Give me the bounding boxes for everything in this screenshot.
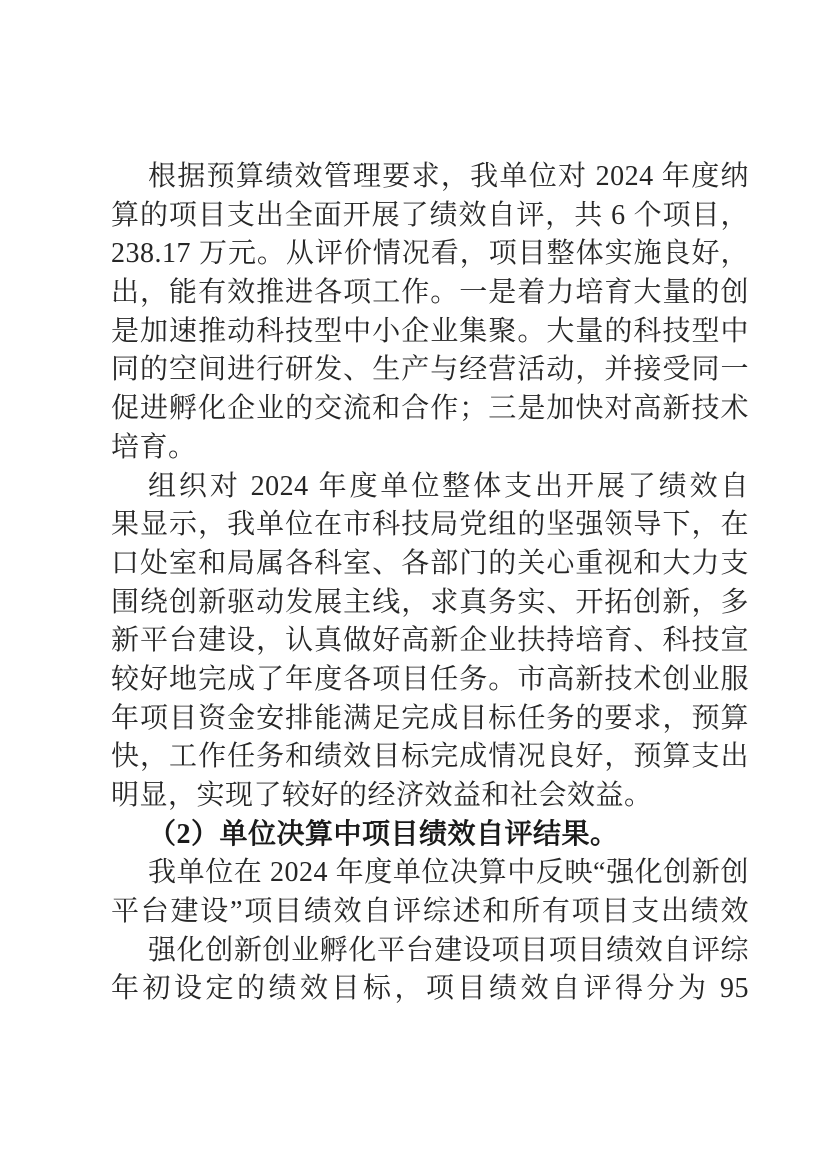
section-heading: （2）单位决算中项目绩效自评结果。 [111, 816, 749, 855]
document-body: 根据预算绩效管理要求，我单位对 2024 年度纳入单位预算的项目支出全面开展了绩… [111, 158, 749, 1009]
text-line: 组织对 2024 年度单位整体支出开展了绩效自评。评价结 [111, 468, 749, 507]
text-line: 年项目资金安排能满足完成目标任务的要求，预算执行进度较 [111, 700, 749, 739]
text-line: 年初设定的绩效目标，项目绩效自评得分为 95 分。全年预算 [111, 970, 749, 1009]
text-line: 我单位在 2024 年度单位决算中反映“强化创新创业孵化 [111, 854, 749, 893]
paragraph: 我单位在 2024 年度单位决算中反映“强化创新创业孵化平台建设”项目绩效自评综… [111, 854, 749, 931]
text-line: 较好地完成了年度各项目任务。市高新技术创业服务中心 2024 [111, 661, 749, 700]
document-page: 根据预算绩效管理要求，我单位对 2024 年度纳入单位预算的项目支出全面开展了绩… [0, 0, 826, 1169]
text-line: 强化创新创业孵化平台建设项目项目绩效自评综述：根据 [111, 932, 749, 971]
text-line: 围绕创新驱动发展主线，求真务实、开拓创新，多渠道拓展创 [111, 584, 749, 623]
text-line: 口处室和局属各科室、各部门的关心重视和大力支持下，扎实 [111, 545, 749, 584]
text-line: 平台建设”项目绩效自评综述和所有项目支出绩效自评表。 [111, 893, 749, 932]
paragraph: 强化创新创业孵化平台建设项目项目绩效自评综述：根据年初设定的绩效目标，项目绩效自… [111, 932, 749, 1009]
text-line: 根据预算绩效管理要求，我单位对 2024 年度纳入单位预 [111, 158, 749, 197]
text-line: 是加速推动科技型中小企业集聚。大量的科技型中小企业在共 [111, 313, 749, 352]
text-line: 促进孵化企业的交流和合作；三是加快对高新技术企业的定向 [111, 390, 749, 429]
text-line: 238.17 万元。从评价情况看，项目整体实施良好，绩效完成突 [111, 235, 749, 274]
text-line: 培育。 [111, 429, 749, 468]
text-line: 明显，实现了较好的经济效益和社会效益。 [111, 777, 749, 816]
paragraph: 根据预算绩效管理要求，我单位对 2024 年度纳入单位预算的项目支出全面开展了绩… [111, 158, 749, 468]
paragraph: 组织对 2024 年度单位整体支出开展了绩效自评。评价结果显示，我单位在市科技局… [111, 468, 749, 816]
text-line: 出，能有效推进各项工作。一是着力培育大量的创新主体；二 [111, 274, 749, 313]
text-line: 同的空间进行研发、生产与经营活动，并接受同一主体的服务， [111, 351, 749, 390]
text-line: 果显示，我单位在市科技局党组的坚强领导下，在省科技厅对 [111, 506, 749, 545]
text-line: 算的项目支出全面开展了绩效自评，共 6 个项目，涉及资金 [111, 197, 749, 236]
text-line: 新平台建设，认真做好高新企业扶持培育、科技宣传等工作， [111, 622, 749, 661]
text-line: 快，工作任务和绩效目标完成情况良好，预算支出的产出效果 [111, 738, 749, 777]
text-line: （2）单位决算中项目绩效自评结果。 [111, 816, 749, 855]
